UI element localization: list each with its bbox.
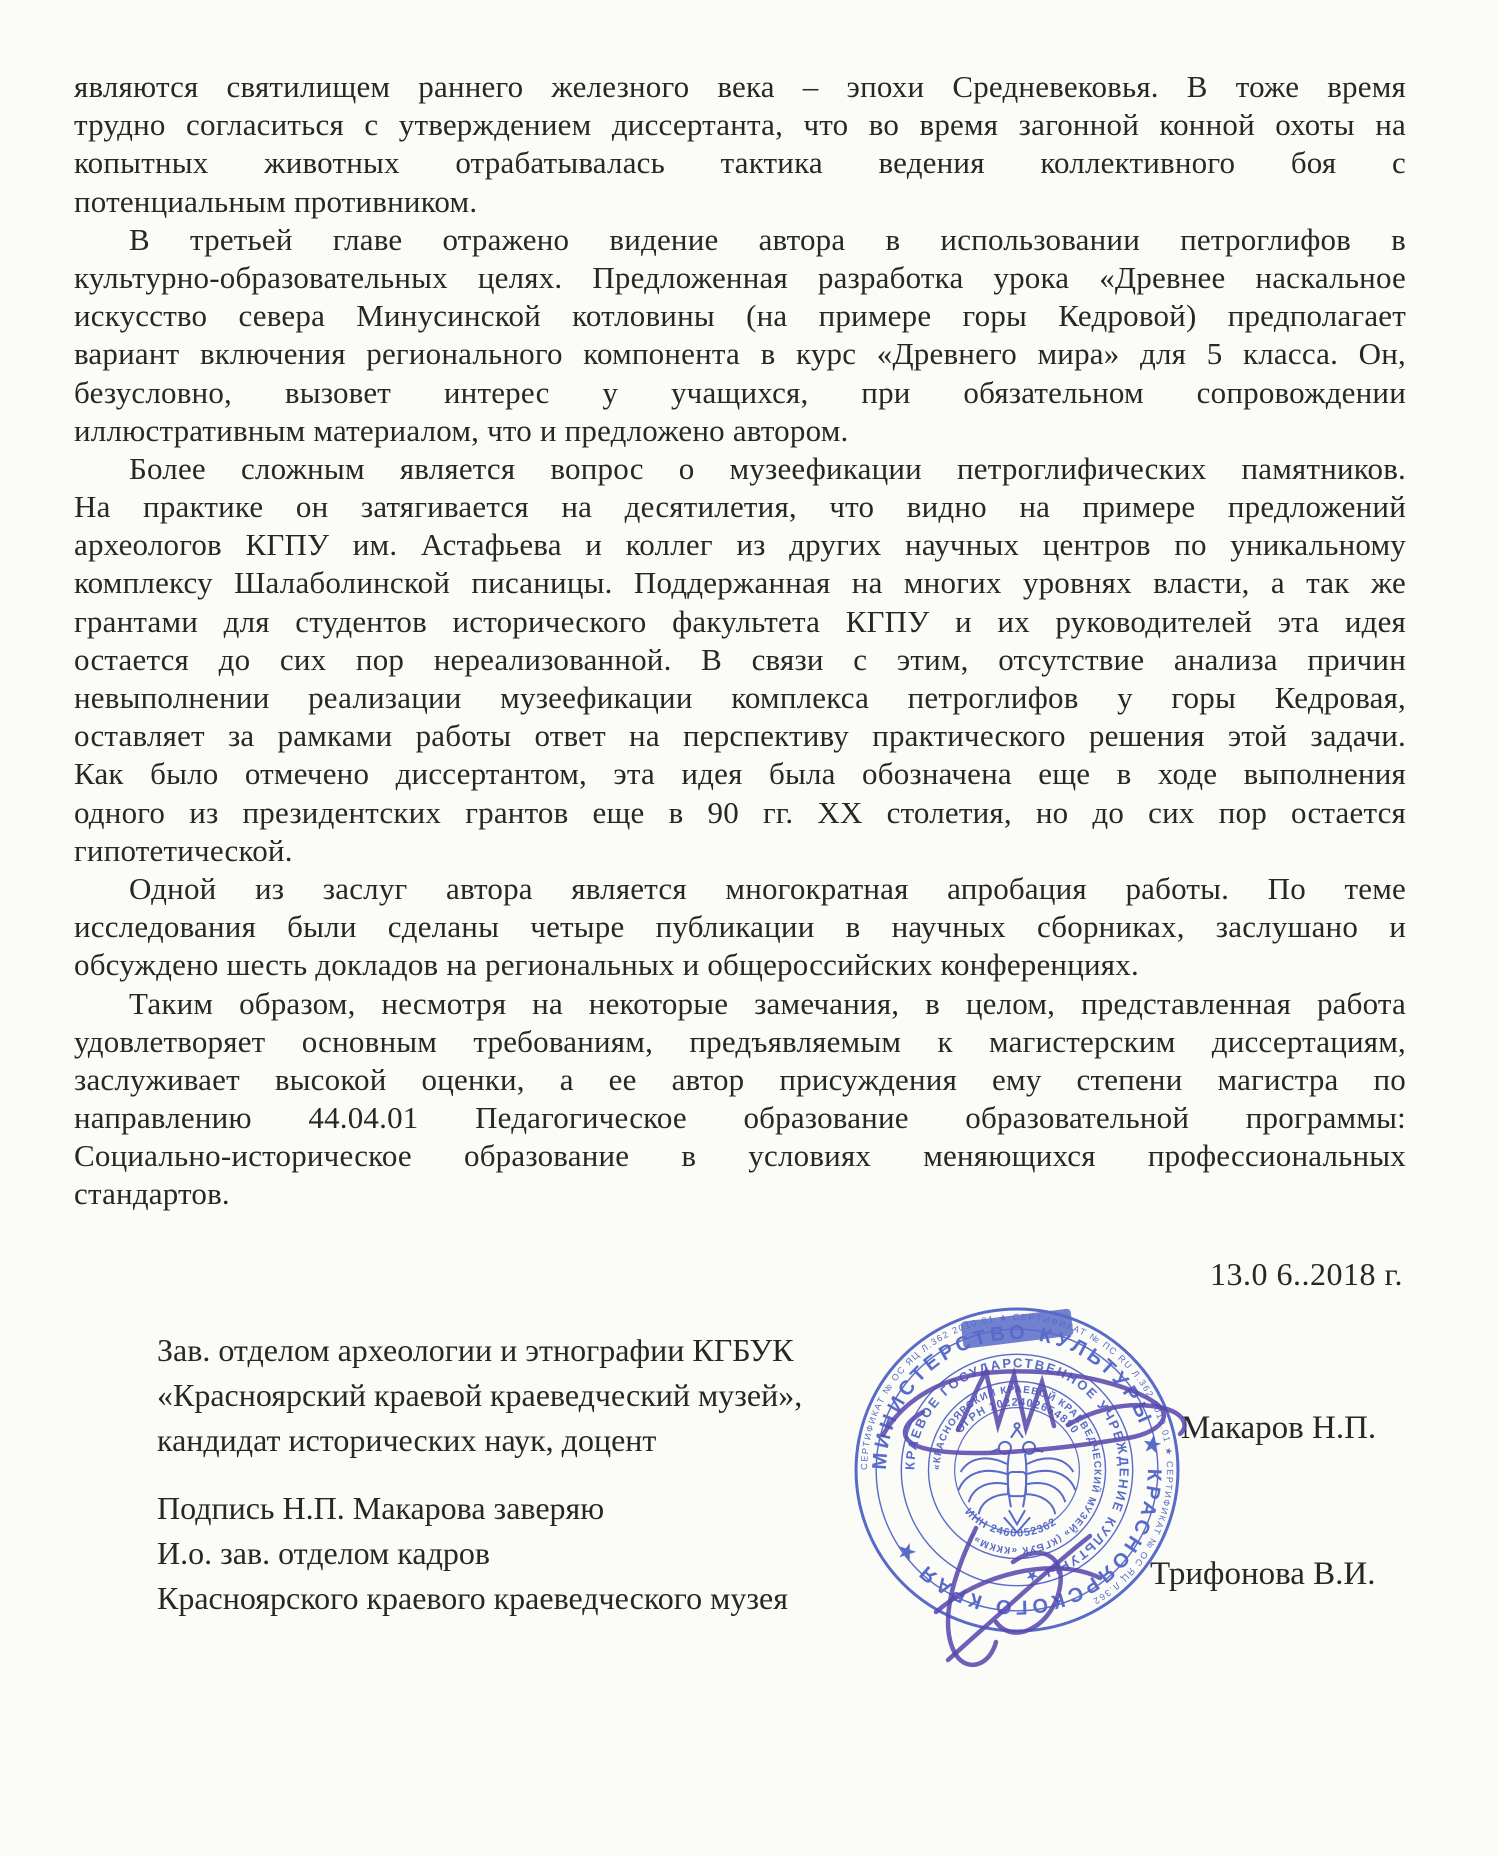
signature-title-line: Красноярского краевого краеведческого му… — [157, 1576, 877, 1621]
document-line: комплексу Шалаболинской писаницы. Поддер… — [74, 564, 1406, 602]
signature-title-line: «Красноярский краевой краеведческий музе… — [157, 1373, 877, 1418]
document-line: направлению 44.04.01 Педагогическое обра… — [74, 1099, 1406, 1137]
signatory-1-title-block: Зав. отделом археологии и этнографии КГБ… — [157, 1328, 877, 1463]
handwritten-signatures — [828, 1330, 1238, 1680]
document-line: Более сложным является вопрос о музеефик… — [74, 450, 1406, 488]
document-line: являются святилищем раннего железного ве… — [74, 68, 1406, 106]
makarov-signature — [883, 1371, 1185, 1453]
document-line: потенциальным противником. — [74, 183, 1406, 221]
document-line: удовлетворяет основным требованиям, пред… — [74, 1023, 1406, 1061]
document-line: В третьей главе отражено видение автора … — [74, 221, 1406, 259]
signature-title-line: кандидат исторических наук, доцент — [157, 1418, 877, 1463]
trifonova-signature — [936, 1528, 1100, 1665]
document-line: трудно согласиться с утверждением диссер… — [74, 106, 1406, 144]
document-line: безусловно, вызовет интерес у учащихся, … — [74, 374, 1406, 412]
signature-title-line: Подпись Н.П. Макарова заверяю — [157, 1486, 877, 1531]
document-line: Как было отмечено диссертантом, эта идея… — [74, 755, 1406, 793]
review-date: 13.0 6..2018 г. — [1210, 1256, 1403, 1293]
signature-title-line: Зав. отделом археологии и этнографии КГБ… — [157, 1328, 877, 1373]
document-line: Таким образом, несмотря на некоторые зам… — [74, 985, 1406, 1023]
document-line: копытных животных отрабатывалась тактика… — [74, 144, 1406, 182]
document-line: археологов КГПУ им. Астафьева и коллег и… — [74, 526, 1406, 564]
document-line: культурно-образовательных целях. Предлож… — [74, 259, 1406, 297]
document-line: оставляет за рамками работы ответ на пер… — [74, 717, 1406, 755]
scanned-review-page: являются святилищем раннего железного ве… — [0, 0, 1499, 1856]
document-line: искусство севера Минусинской котловины (… — [74, 297, 1406, 335]
document-line: заслуживает высокой оценки, а ее автор п… — [74, 1061, 1406, 1099]
document-line: иллюстративным материалом, что и предлож… — [74, 412, 1406, 450]
document-line: одного из президентских грантов еще в 90… — [74, 794, 1406, 832]
document-line: невыполнении реализации музеефикации ком… — [74, 679, 1406, 717]
document-line: Социально-историческое образование в усл… — [74, 1137, 1406, 1175]
document-line: стандартов. — [74, 1175, 1406, 1213]
document-line: обсуждено шесть докладов на региональных… — [74, 946, 1406, 984]
document-line: Одной из заслуг автора является многокра… — [74, 870, 1406, 908]
signatory-2-title-block: Подпись Н.П. Макарова заверяюИ.о. зав. о… — [157, 1486, 877, 1621]
signature-title-line: И.о. зав. отделом кадров — [157, 1531, 877, 1576]
document-line: грантами для студентов исторического фак… — [74, 603, 1406, 641]
document-line: исследования были сделаны четыре публика… — [74, 908, 1406, 946]
document-line: гипотетической. — [74, 832, 1406, 870]
document-line: На практике он затягивается на десятилет… — [74, 488, 1406, 526]
document-line: вариант включения регионального компонен… — [74, 335, 1406, 373]
review-body-text: являются святилищем раннего железного ве… — [74, 68, 1406, 1214]
document-line: остается до сих пор нереализованной. В с… — [74, 641, 1406, 679]
